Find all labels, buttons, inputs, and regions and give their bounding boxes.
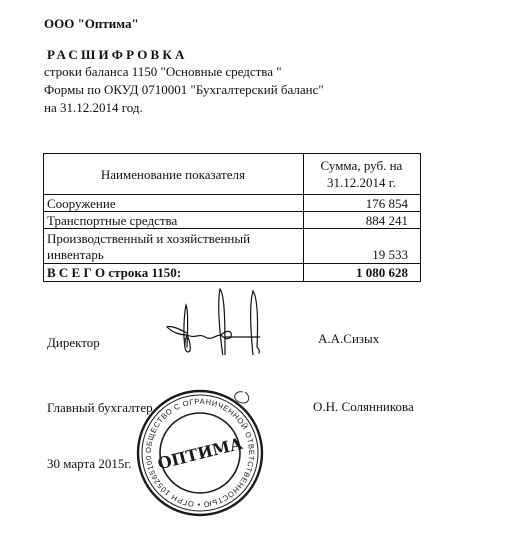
table-row: Сооружение 176 854	[44, 195, 421, 212]
header-amount: Сумма, руб. на 31.12.2014 г.	[303, 154, 420, 195]
header-indicator-name: Наименование показателя	[44, 154, 304, 195]
row-value: 19 533	[303, 229, 420, 264]
row-name-line-2: инвентарь	[47, 247, 104, 262]
row-name-line-1: Производственный и хозяйственный	[47, 231, 250, 246]
header-amount-line-2: 31.12.2014 г.	[327, 175, 396, 190]
subtitle-line-2: Формы по ОКУД 0710001 "Бухгалтерский бал…	[44, 82, 324, 98]
header-amount-line-1: Сумма, руб. на	[321, 158, 403, 173]
row-value: 884 241	[303, 212, 420, 229]
stamp-center-text: ОПТИМА	[156, 434, 245, 473]
row-value: 176 854	[303, 195, 420, 212]
row-name: Транспортные средства	[44, 212, 304, 229]
document-date: 30 марта 2015г.	[47, 456, 131, 472]
table-row: Производственный и хозяйственный инвента…	[44, 229, 421, 264]
table-row: Транспортные средства 884 241	[44, 212, 421, 229]
table-header-row: Наименование показателя Сумма, руб. на 3…	[44, 154, 421, 195]
director-role: Директор	[47, 335, 100, 351]
breakdown-table: Наименование показателя Сумма, руб. на 3…	[43, 153, 421, 282]
total-label: В С Е Г О строка 1150:	[44, 264, 304, 282]
subtitle-line-1: строки баланса 1150 "Основные средства "	[44, 64, 282, 80]
document-title: РАСШИФРОВКА	[47, 47, 188, 63]
director-name: А.А.Сизых	[318, 331, 379, 347]
row-name: Производственный и хозяйственный инвента…	[44, 229, 304, 264]
company-seal-icon: ОБЩЕСТВО С ОГРАНИЧЕННОЙ ОТВЕТСТВЕННОСТЬЮ…	[135, 388, 265, 518]
subtitle-line-3: на 31.12.2014 год.	[44, 100, 143, 116]
handwritten-signature-icon	[165, 285, 260, 355]
total-value: 1 080 628	[303, 264, 420, 282]
chief-accountant-name: О.Н. Солянникова	[313, 399, 414, 415]
row-name: Сооружение	[44, 195, 304, 212]
table-total-row: В С Е Г О строка 1150: 1 080 628	[44, 264, 421, 282]
organization-name: ООО "Оптима"	[44, 16, 139, 32]
